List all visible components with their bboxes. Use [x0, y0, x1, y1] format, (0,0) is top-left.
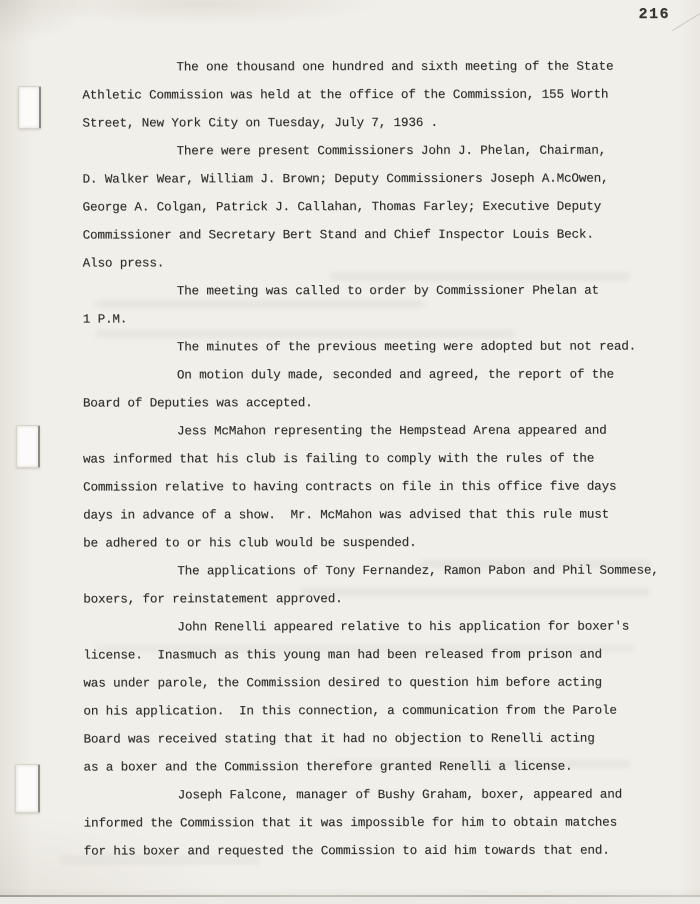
text-line: There were present Commissioners John J.… — [82, 142, 644, 171]
text-line: The meeting was called to order by Commi… — [83, 282, 645, 311]
text-line: John Renelli appeared relative to his ap… — [83, 618, 645, 647]
text-line: was under parole, the Commission desired… — [83, 674, 645, 703]
page-bottom-margin — [0, 897, 700, 904]
binder-hole-mark-middle — [16, 425, 40, 468]
text-line: The applications of Tony Fernandez, Ramo… — [83, 562, 645, 591]
text-line: be adhered to or his club would be suspe… — [83, 534, 645, 563]
text-line: The minutes of the previous meeting were… — [83, 338, 645, 367]
binder-hole-mark-bottom — [15, 764, 40, 813]
text-line: as a boxer and the Commission therefore … — [84, 758, 646, 787]
text-line: Street, New York City on Tuesday, July 7… — [82, 114, 644, 143]
text-line: Board was received stating that it had n… — [83, 730, 645, 759]
text-line: The one thousand one hundred and sixth m… — [82, 58, 644, 87]
text-line: Jess McMahon representing the Hempstead … — [83, 422, 645, 451]
text-line: Board of Deputies was accepted. — [83, 394, 645, 423]
meeting-minutes-text: The one thousand one hundred and sixth m… — [82, 58, 645, 871]
text-line: days in advance of a show. Mr. McMahon w… — [83, 506, 645, 535]
text-line: was informed that his club is failing to… — [83, 450, 645, 479]
text-line: license. Inasmuch as this young man had … — [83, 646, 645, 675]
text-line: boxers, for reinstatement approved. — [83, 590, 645, 619]
text-line: On motion duly made, seconded and agreed… — [83, 366, 645, 395]
text-line: Commissioner and Secretary Bert Stand an… — [83, 226, 645, 255]
text-line: Athletic Commission was held at the offi… — [82, 86, 644, 115]
text-line: 1 P.M. — [83, 310, 645, 339]
text-line: Also press. — [83, 254, 645, 283]
text-line: Commission relative to having contracts … — [83, 478, 645, 507]
binder-hole-mark-top — [18, 86, 41, 129]
text-line: for his boxer and requested the Commissi… — [84, 842, 646, 871]
text-line: informed the Commission that it was impo… — [84, 814, 646, 843]
text-line: on his application. In this connection, … — [83, 702, 645, 731]
text-line: Joseph Falcone, manager of Bushy Graham,… — [84, 786, 646, 815]
text-line: D. Walker Wear, William J. Brown; Deputy… — [82, 170, 644, 199]
document-page: 216 The one thousand one hundred and six… — [0, 0, 700, 904]
text-line: George A. Colgan, Patrick J. Callahan, T… — [83, 198, 645, 227]
page-number: 216 — [638, 6, 670, 23]
